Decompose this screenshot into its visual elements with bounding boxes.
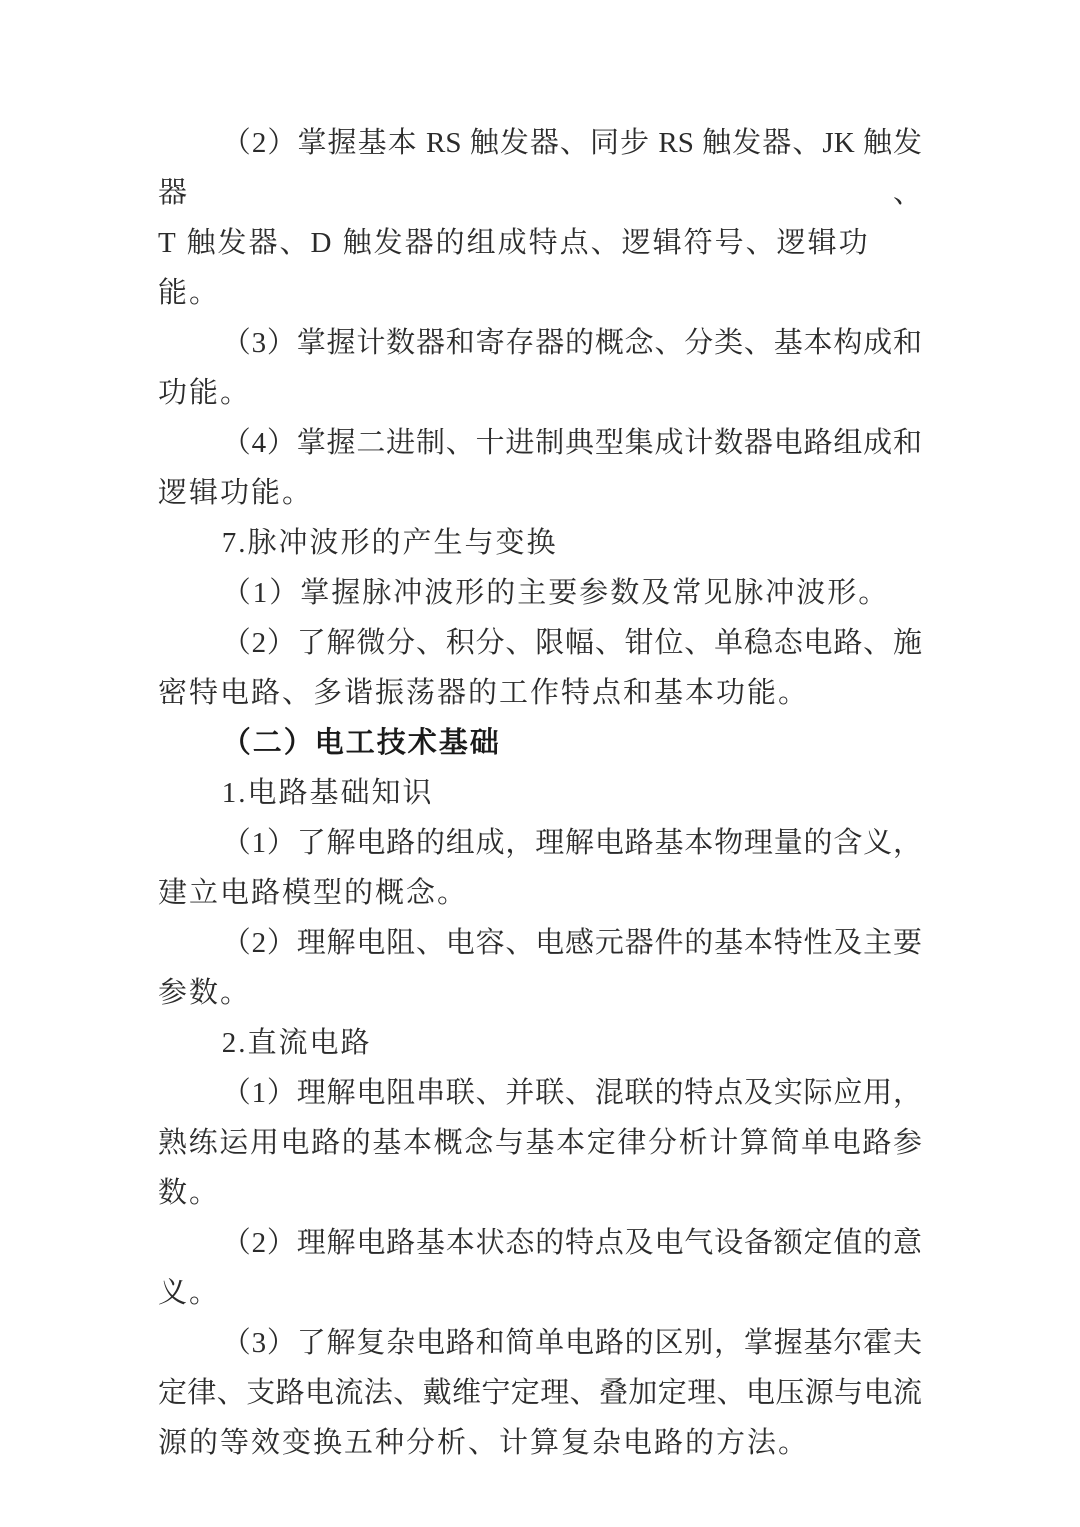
text-line: 1.电路基础知识 [158,768,922,818]
text-line: （1）了解电路的组成，理解电路基本物理量的含义， [158,818,922,868]
paragraph: （1）理解电阻串联、并联、混联的特点及实际应用，熟练运用电路的基本概念与基本定律… [158,1068,922,1218]
text-line: 数。 [158,1168,922,1218]
paragraph: 7.脉冲波形的产生与变换 [158,518,922,568]
paragraph: （1）了解电路的组成，理解电路基本物理量的含义，建立电路模型的概念。 [158,818,922,918]
paragraph: （2）了解微分、积分、限幅、钳位、单稳态电路、施密特电路、多谐振荡器的工作特点和… [158,618,922,718]
text-line: （1）理解电阻串联、并联、混联的特点及实际应用， [158,1068,922,1118]
section-heading: （二）电工技术基础 [158,718,922,768]
text-line: 7.脉冲波形的产生与变换 [158,518,922,568]
text-line: 参数。 [158,968,922,1018]
document-page: （2）掌握基本 RS 触发器、同步 RS 触发器、JK 触发器、T 触发器、D … [0,0,1080,1527]
text-line: 定律、支路电流法、戴维宁定理、叠加定理、电压源与电流 [158,1368,922,1418]
text-line: （3）掌握计数器和寄存器的概念、分类、基本构成和 [158,318,922,368]
paragraph: 1.电路基础知识 [158,768,922,818]
text-line: （2）理解电路基本状态的特点及电气设备额定值的意 [158,1218,922,1268]
text-line: （4）掌握二进制、十进制典型集成计数器电路组成和 [158,418,922,468]
text-line: （2）理解电阻、电容、电感元器件的基本特性及主要 [158,918,922,968]
paragraph: 2.直流电路 [158,1018,922,1068]
text-line: 逻辑功能。 [158,468,922,518]
paragraph: （2）理解电路基本状态的特点及电气设备额定值的意义。 [158,1218,922,1318]
text-line: 密特电路、多谐振荡器的工作特点和基本功能。 [158,668,922,718]
text-line: 源的等效变换五种分析、计算复杂电路的方法。 [158,1418,922,1468]
text-line: （二）电工技术基础 [158,718,922,768]
paragraph: （1）掌握脉冲波形的主要参数及常见脉冲波形。 [158,568,922,618]
text-line: 熟练运用电路的基本概念与基本定律分析计算简单电路参 [158,1118,922,1168]
text-line: （2）掌握基本 RS 触发器、同步 RS 触发器、JK 触发器、 [158,118,922,218]
text-line: 2.直流电路 [158,1018,922,1068]
text-line: 功能。 [158,368,922,418]
text-line: （1）掌握脉冲波形的主要参数及常见脉冲波形。 [158,568,922,618]
text-line: （2）了解微分、积分、限幅、钳位、单稳态电路、施 [158,618,922,668]
paragraph: （2）理解电阻、电容、电感元器件的基本特性及主要参数。 [158,918,922,1018]
paragraph: （2）掌握基本 RS 触发器、同步 RS 触发器、JK 触发器、T 触发器、D … [158,118,922,318]
paragraph: （4）掌握二进制、十进制典型集成计数器电路组成和逻辑功能。 [158,418,922,518]
paragraph: （3）了解复杂电路和简单电路的区别，掌握基尔霍夫定律、支路电流法、戴维宁定理、叠… [158,1318,922,1468]
paragraph: （3）掌握计数器和寄存器的概念、分类、基本构成和功能。 [158,318,922,418]
text-line: 建立电路模型的概念。 [158,868,922,918]
text-line: （3）了解复杂电路和简单电路的区别，掌握基尔霍夫 [158,1318,922,1368]
text-line: T 触发器、D 触发器的组成特点、逻辑符号、逻辑功能。 [158,218,922,318]
text-line: 义。 [158,1268,922,1318]
